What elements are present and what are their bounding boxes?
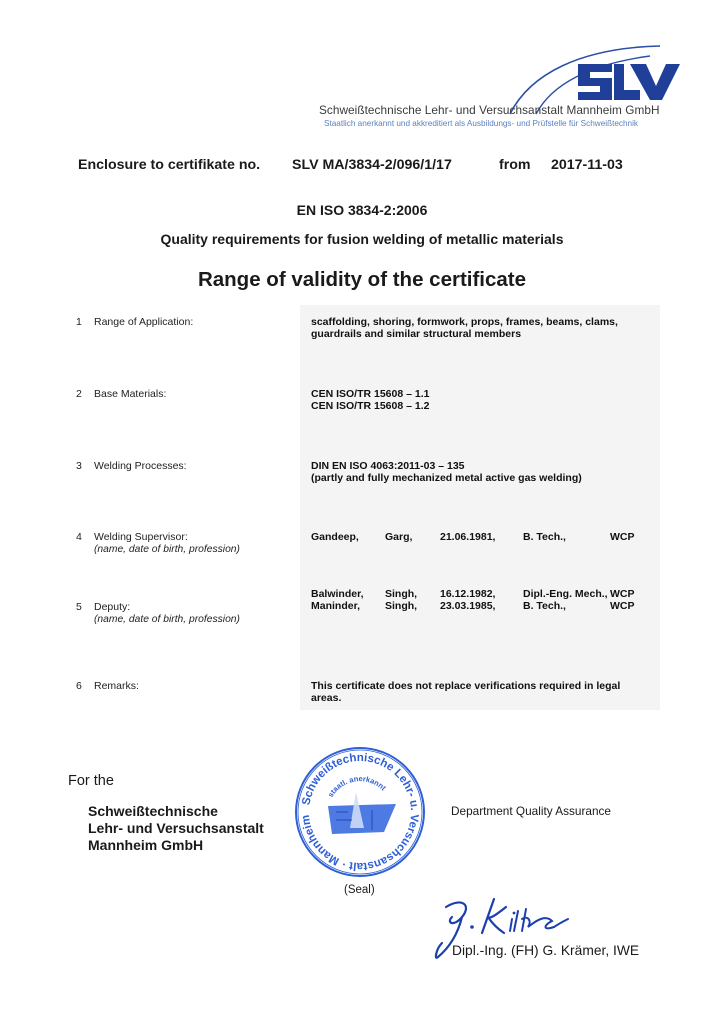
- value-line: DIN EN ISO 4063:2011-03 – 135: [311, 460, 582, 472]
- supervisor-cert: WCP: [610, 531, 635, 543]
- from-label: from: [499, 157, 531, 173]
- row-label-remarks: Remarks:: [94, 680, 139, 692]
- row-label-base-materials: Base Materials:: [94, 388, 166, 400]
- remarks-value: This certificate does not replace verifi…: [311, 680, 620, 704]
- deputy-degree: B. Tech.,: [523, 600, 566, 612]
- row-number: 6: [76, 680, 82, 692]
- for-the-label: For the: [68, 773, 114, 789]
- value-line: CEN ISO/TR 15608 – 1.1: [311, 388, 429, 400]
- enclosure-label: Enclosure to certifikate no.: [78, 157, 260, 173]
- row-number: 5: [76, 601, 82, 613]
- deputy-cert: WCP: [610, 588, 635, 600]
- row-number: 2: [76, 388, 82, 400]
- org-line: Mannheim GmbH: [88, 837, 264, 854]
- row-sublabel: (name, date of birth, profession): [94, 614, 240, 625]
- standard-title: Quality requirements for fusion welding …: [0, 231, 724, 247]
- deputy-dob: 16.12.1982,: [440, 588, 495, 600]
- department-label: Department Quality Assurance: [451, 804, 611, 818]
- welding-processes-value: DIN EN ISO 4063:2011-03 – 135 (partly an…: [311, 460, 582, 484]
- standard-code: EN ISO 3834-2:2006: [0, 202, 724, 218]
- supervisor-dob: 21.06.1981,: [440, 531, 495, 543]
- seal-caption: (Seal): [344, 884, 375, 896]
- deputy-last-name: Singh,: [385, 588, 417, 600]
- signer-name: Dipl.-Ing. (FH) G. Krämer, IWE: [452, 943, 639, 958]
- row-number: 4: [76, 531, 82, 543]
- deputy-degree: Dipl.-Eng. Mech.,: [523, 588, 608, 600]
- institution-subtitle: Staatlich anerkannt und akkreditiert als…: [324, 119, 638, 128]
- supervisor-first-name: Gandeep,: [311, 531, 359, 543]
- organization-name: Schweißtechnische Lehr- und Versuchsanst…: [88, 803, 264, 854]
- row-number: 3: [76, 460, 82, 472]
- range-of-application-value: scaffolding, shoring, formwork, props, f…: [311, 316, 618, 340]
- row-label-welding-processes: Welding Processes:: [94, 460, 187, 472]
- org-line: Schweißtechnische: [88, 803, 264, 820]
- certificate-number: SLV MA/3834-2/096/1/17: [292, 157, 452, 173]
- deputy-first-name: Maninder,: [311, 600, 360, 612]
- value-line: (partly and fully mechanized metal activ…: [311, 472, 582, 484]
- deputy-first-name: Balwinder,: [311, 588, 364, 600]
- official-seal-icon: Schweißtechnische Lehr- u. Versuchsansta…: [292, 744, 428, 880]
- svg-text:staatl. anerkannt: staatl. anerkannt: [326, 774, 388, 799]
- base-materials-value: CEN ISO/TR 15608 – 1.1 CEN ISO/TR 15608 …: [311, 388, 429, 412]
- row-label-welding-supervisor: Welding Supervisor:: [94, 531, 188, 543]
- validity-panel: [300, 305, 660, 710]
- institution-name: Schweißtechnische Lehr- und Versuchsanst…: [319, 103, 660, 117]
- page-title: Range of validity of the certificate: [0, 268, 724, 292]
- row-label-range-of-application: Range of Application:: [94, 316, 193, 328]
- certificate-date: 2017-11-03: [551, 157, 623, 173]
- deputy-last-name: Singh,: [385, 600, 417, 612]
- row-label-deputy: Deputy:: [94, 601, 130, 613]
- supervisor-degree: B. Tech.,: [523, 531, 566, 543]
- org-line: Lehr- und Versuchsanstalt: [88, 820, 264, 837]
- value-line: CEN ISO/TR 15608 – 1.2: [311, 400, 429, 412]
- deputy-dob: 23.03.1985,: [440, 600, 495, 612]
- deputy-cert: WCP: [610, 600, 635, 612]
- value-line: This certificate does not replace verifi…: [311, 680, 620, 692]
- value-line: areas.: [311, 692, 620, 704]
- value-line: scaffolding, shoring, formwork, props, f…: [311, 316, 618, 328]
- value-line: guardrails and similar structural member…: [311, 328, 618, 340]
- row-sublabel: (name, date of birth, profession): [94, 544, 240, 555]
- supervisor-last-name: Garg,: [385, 531, 412, 543]
- row-number: 1: [76, 316, 82, 328]
